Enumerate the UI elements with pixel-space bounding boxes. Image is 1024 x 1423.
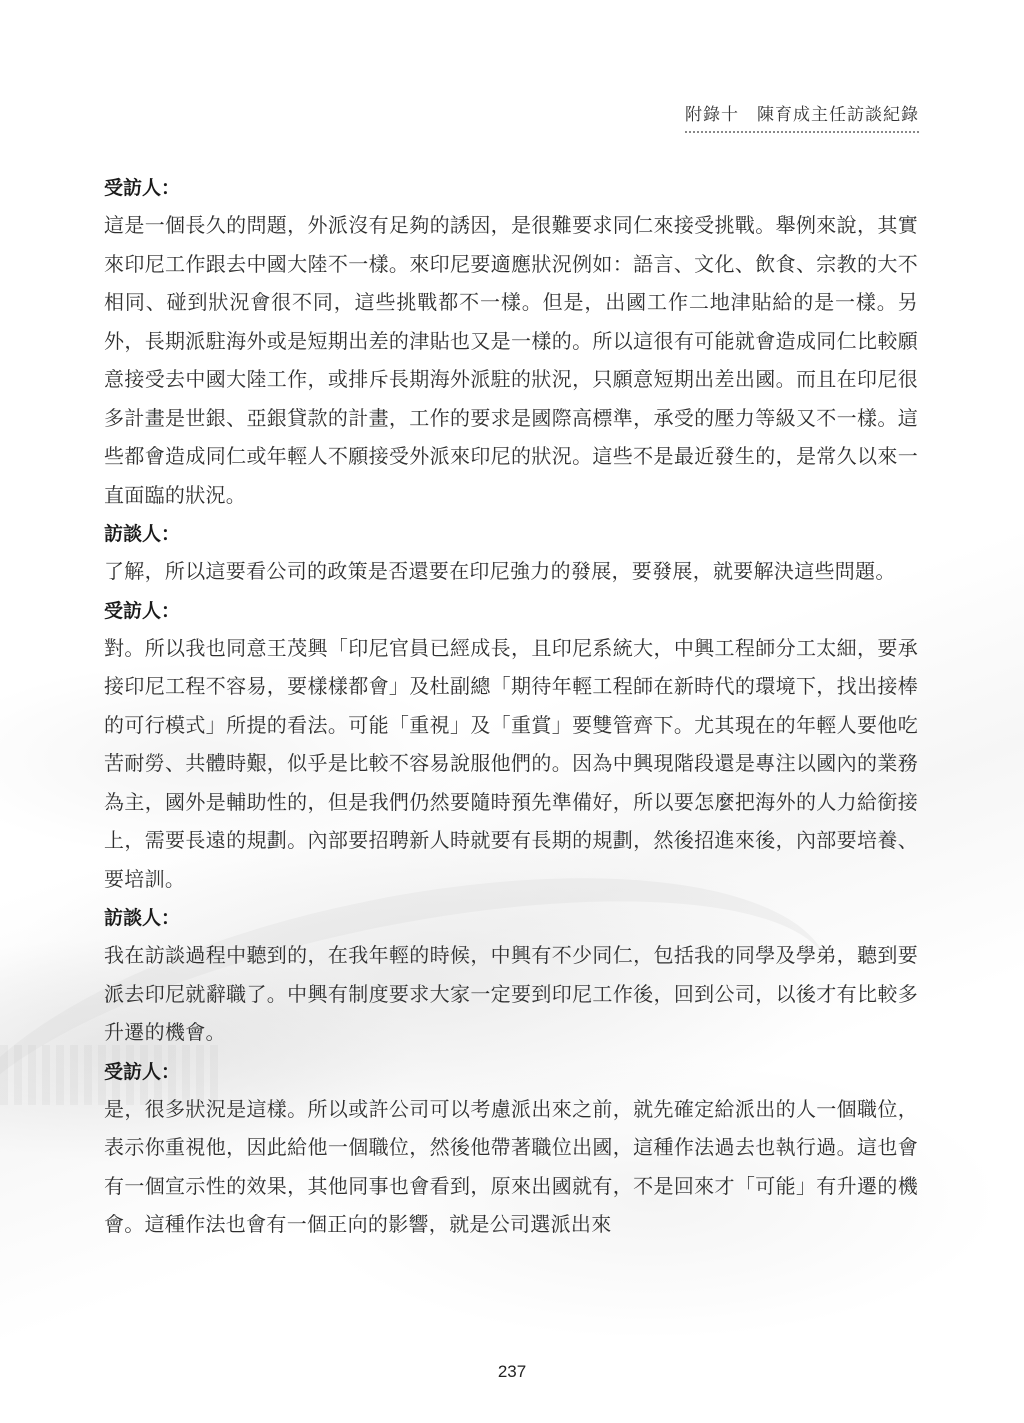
speaker-label-interviewer: 訪談人： [104,900,918,936]
speaker-label-interviewee: 受訪人： [104,170,918,206]
appendix-title: 附錄十 陳育成主任訪談紀錄 [685,100,919,133]
dialogue-text: 是，很多狀況是這樣。所以或許公司可以考慮派出來之前，就先確定給派出的人一個職位，… [104,1090,918,1244]
dialogue-turn: 受訪人： 是，很多狀況是這樣。所以或許公司可以考慮派出來之前，就先確定給派出的人… [104,1054,918,1244]
dialogue-turn: 受訪人： 對。所以我也同意王茂興「印尼官員已經成長，且印尼系統大，中興工程師分工… [104,593,918,899]
dialogue-text: 對。所以我也同意王茂興「印尼官員已經成長，且印尼系統大，中興工程師分工太細，要承… [104,629,918,899]
dialogue-text: 這是一個長久的問題，外派沒有足夠的誘因，是很難要求同仁來接受挑戰。舉例來說，其實… [104,206,918,514]
page-number: 237 [0,1362,1024,1382]
speaker-label-interviewee: 受訪人： [104,593,918,629]
dialogue-turn: 訪談人： 我在訪談過程中聽到的，在我年輕的時候，中興有不少同仁，包括我的同學及學… [104,900,918,1052]
dialogue-text: 了解，所以這要看公司的政策是否還要在印尼強力的發展，要發展，就要解決這些問題。 [104,552,918,591]
speaker-label-interviewee: 受訪人： [104,1054,918,1090]
dialogue-turn: 受訪人： 這是一個長久的問題，外派沒有足夠的誘因，是很難要求同仁來接受挑戰。舉例… [104,170,918,514]
interview-transcript: 受訪人： 這是一個長久的問題，外派沒有足夠的誘因，是很難要求同仁來接受挑戰。舉例… [104,168,918,1246]
speaker-label-interviewer: 訪談人： [104,516,918,552]
running-header: 附錄十 陳育成主任訪談紀錄 [685,100,919,133]
dialogue-text: 我在訪談過程中聽到的，在我年輕的時候，中興有不少同仁，包括我的同學及學弟，聽到要… [104,936,918,1052]
dialogue-turn: 訪談人： 了解，所以這要看公司的政策是否還要在印尼強力的發展，要發展，就要解決這… [104,516,918,591]
